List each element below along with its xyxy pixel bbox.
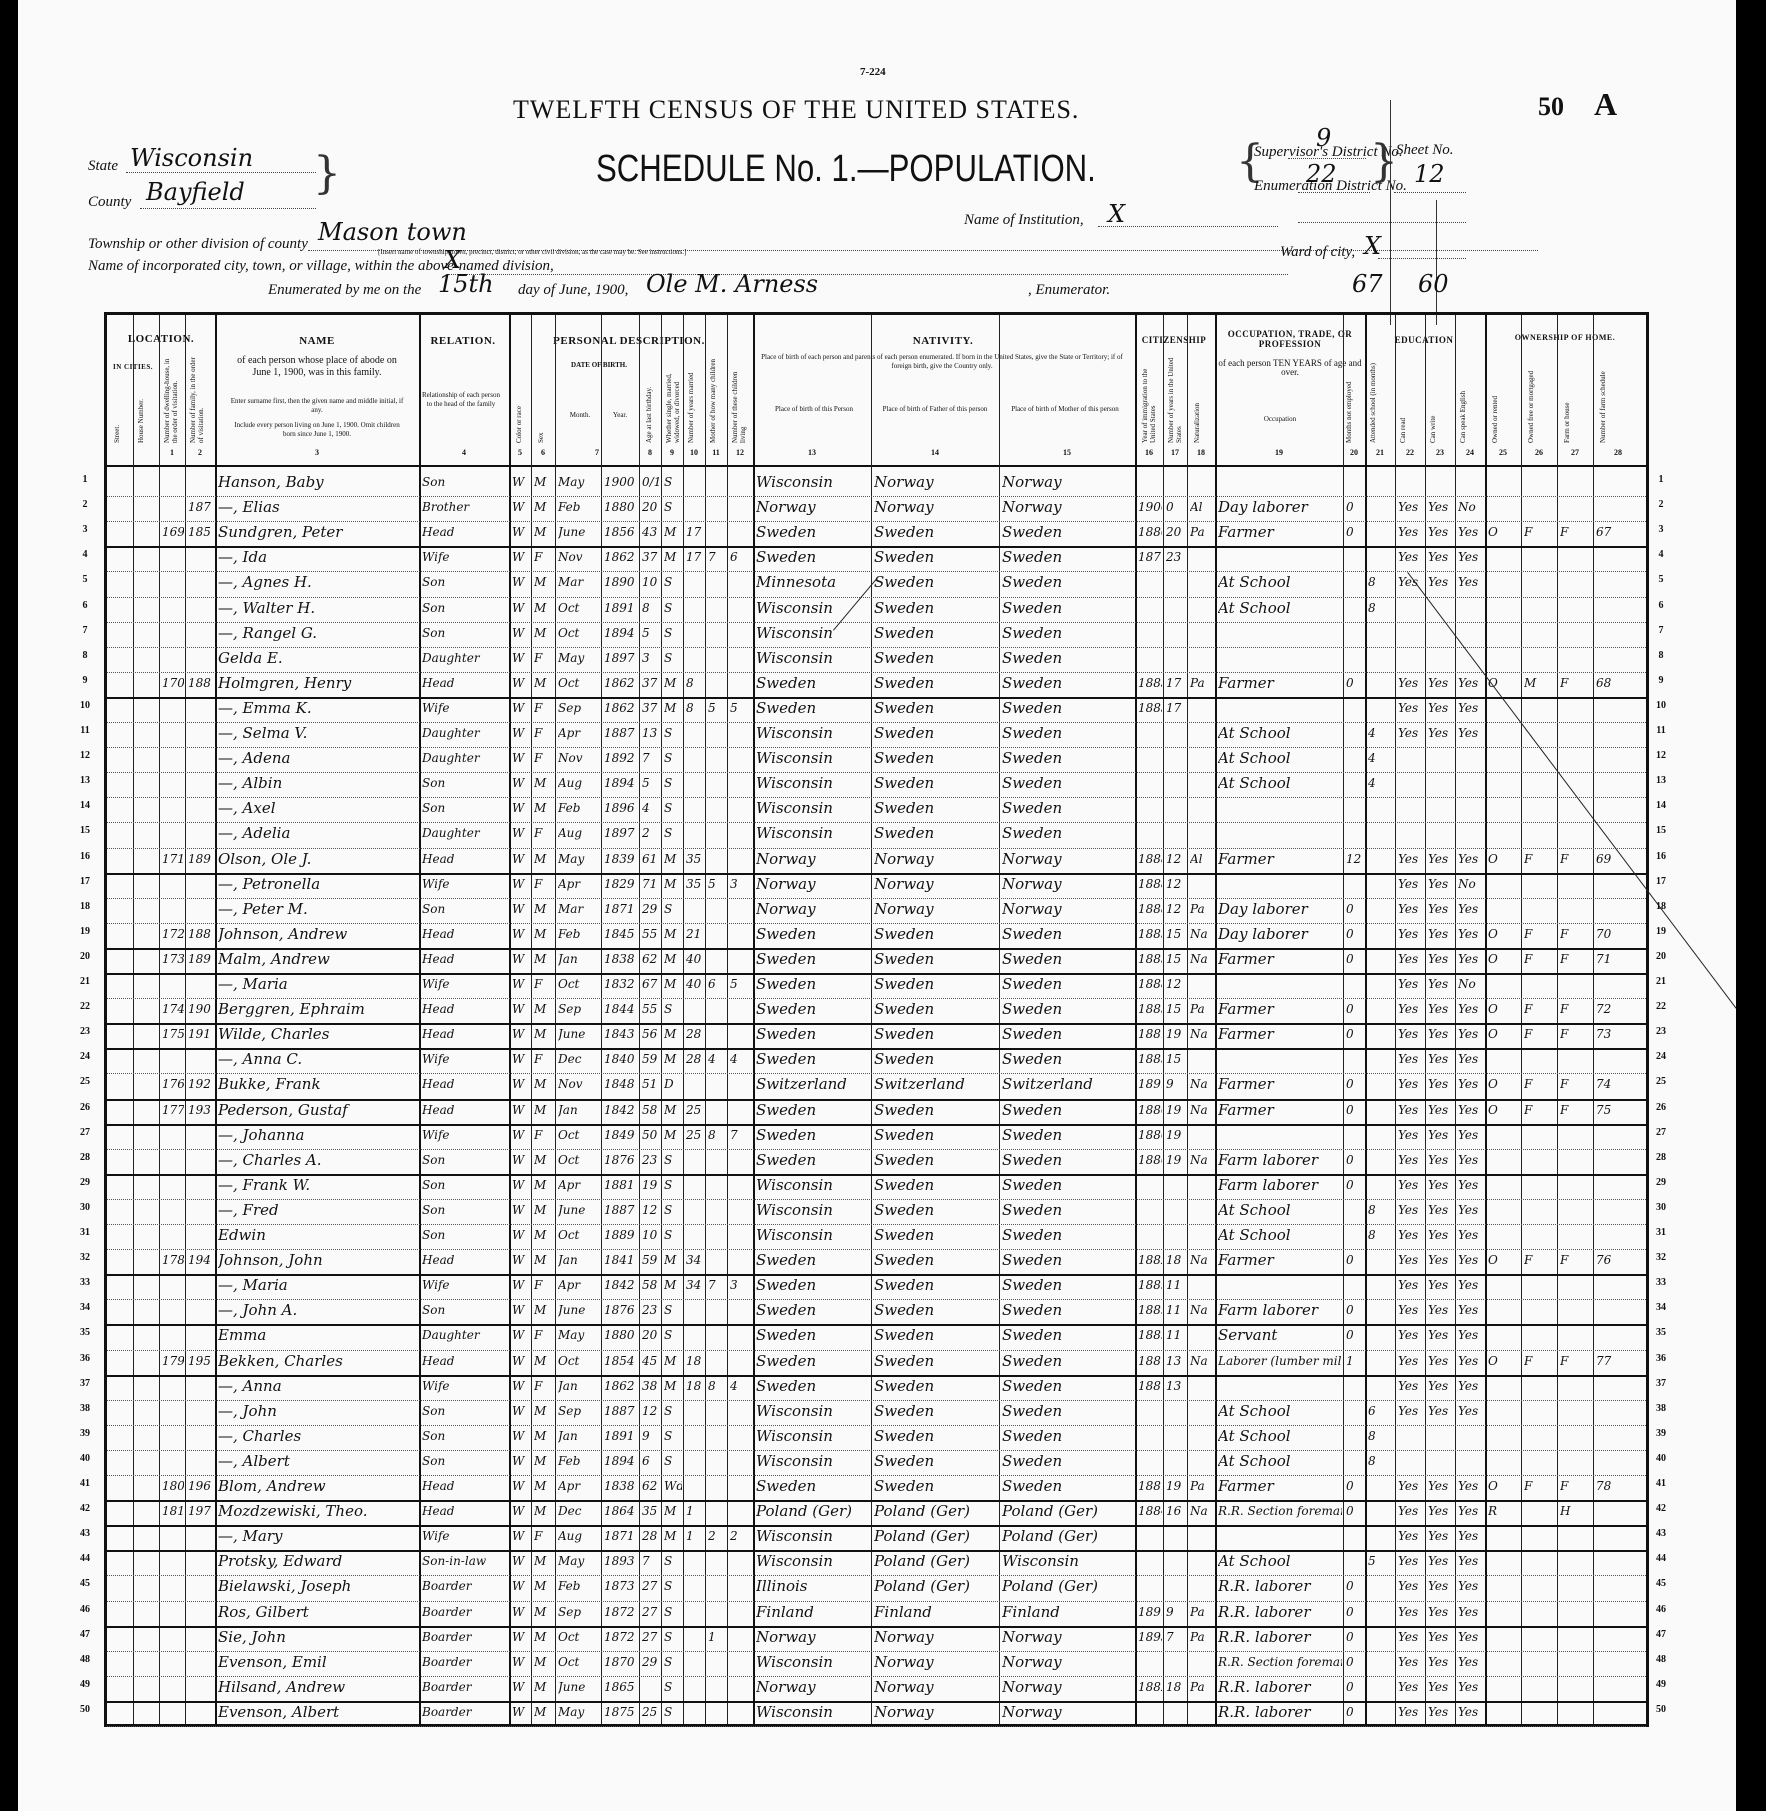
cell-read: Yes — [1398, 1573, 1424, 1599]
cell-cl: 5 — [730, 695, 752, 721]
cell-month: Apr — [558, 720, 600, 746]
line-number: 47 — [1650, 1629, 1672, 1640]
header-name-desc: of each person whose place of abode on J… — [227, 355, 407, 379]
cell-imm: 1882 — [1138, 1674, 1162, 1700]
cell-write: Yes — [1428, 1699, 1454, 1725]
cell-sch: 4 — [1368, 745, 1394, 771]
cell-year: 1854 — [604, 1348, 638, 1374]
cell-yus: 17 — [1166, 670, 1186, 696]
cell-name: Johnson, Andrew — [218, 921, 418, 947]
cell-nat: Pa — [1190, 1599, 1214, 1625]
cell-mar: S — [664, 1624, 682, 1650]
cell-pobm: Sweden — [1002, 971, 1134, 997]
column-number: 28 — [1593, 448, 1643, 457]
cell-occ: Farm laborer — [1218, 1172, 1342, 1198]
header-sex: Sex — [537, 375, 545, 443]
line-number: 15 — [1650, 825, 1672, 836]
cell-eng: Yes — [1458, 1398, 1484, 1424]
cell-month: Sep — [558, 1398, 600, 1424]
cell-month: Sep — [558, 1599, 600, 1625]
cell-fam: 194 — [188, 1247, 214, 1273]
cell-sex: M — [534, 1548, 554, 1574]
cell-own: O — [1488, 846, 1520, 872]
cell-month: May — [558, 1548, 600, 1574]
header-pob-mother: Place of birth of Mother of this person — [1003, 405, 1127, 414]
cell-occ: At School — [1218, 720, 1342, 746]
cell-mar: M — [664, 695, 682, 721]
cell-mar: S — [664, 595, 682, 621]
cell-year: 1840 — [604, 1046, 638, 1072]
cell-mar: M — [664, 1348, 682, 1374]
cell-rel: Son — [422, 1423, 508, 1449]
cell-pobf: Sweden — [874, 1021, 998, 1047]
cell-month: Nov — [558, 1071, 600, 1097]
cell-unemp: 0 — [1346, 1147, 1364, 1173]
cell-write: Yes — [1428, 1649, 1454, 1675]
column-rule — [1557, 315, 1558, 1724]
cell-color: W — [512, 670, 530, 696]
cell-name: —, Adena — [218, 745, 418, 771]
cell-ym: 34 — [686, 1272, 704, 1298]
cell-pob: Wisconsin — [756, 620, 870, 646]
cell-month: Oct — [558, 971, 600, 997]
cell-sex: M — [534, 1197, 554, 1223]
cell-read: Yes — [1398, 1624, 1424, 1650]
cell-pob: Sweden — [756, 1297, 870, 1323]
cell-rel: Wife — [422, 695, 508, 721]
cell-name: —, Albert — [218, 1448, 418, 1474]
cell-fh: F — [1560, 1473, 1592, 1499]
cell-read: Yes — [1398, 1197, 1424, 1223]
cell-name: Malm, Andrew — [218, 946, 418, 972]
cell-yus: 23 — [1166, 544, 1186, 570]
cell-pobm: Sweden — [1002, 695, 1134, 721]
cell-pobm: Norway — [1002, 469, 1134, 495]
cell-yus: 13 — [1166, 1373, 1186, 1399]
cell-write: Yes — [1428, 996, 1454, 1022]
cell-age: 50 — [642, 1122, 660, 1148]
cell-pobm: Sweden — [1002, 795, 1134, 821]
cell-yus: 11 — [1166, 1297, 1186, 1323]
cell-read: Yes — [1398, 946, 1424, 972]
cell-rel: Son — [422, 1172, 508, 1198]
cell-sch: 8 — [1368, 1448, 1394, 1474]
cell-age: 45 — [642, 1348, 660, 1374]
cell-ym: 28 — [686, 1021, 704, 1047]
cell-month: Mar — [558, 569, 600, 595]
cell-eng: Yes — [1458, 1348, 1484, 1374]
header-can-speak-english: Can speak English — [1459, 355, 1467, 443]
cell-nat: Pa — [1190, 1473, 1214, 1499]
cell-year: 1844 — [604, 996, 638, 1022]
line-number: 39 — [74, 1428, 96, 1439]
institution-label: Name of Institution, — [964, 212, 1084, 229]
cell-yus: 19 — [1166, 1021, 1186, 1047]
cell-unemp: 0 — [1346, 1624, 1364, 1650]
cell-month: June — [558, 1297, 600, 1323]
cell-age: 19 — [642, 1172, 660, 1198]
cell-year: 1894 — [604, 770, 638, 796]
cell-fam: 189 — [188, 846, 214, 872]
cell-rel: Head — [422, 921, 508, 947]
cell-pob: Wisconsin — [756, 1548, 870, 1574]
cell-unemp: 0 — [1346, 896, 1364, 922]
line-number: 3 — [74, 524, 96, 535]
cell-dw: 172 — [162, 921, 184, 947]
column-rule — [185, 315, 186, 1724]
cell-read: Yes — [1398, 1247, 1424, 1273]
cell-pob: Switzerland — [756, 1071, 870, 1097]
cell-unemp: 0 — [1346, 1297, 1364, 1323]
cell-month: Oct — [558, 595, 600, 621]
cell-write: Yes — [1428, 569, 1454, 595]
cell-read: Yes — [1398, 1473, 1424, 1499]
cell-name: —, Ida — [218, 544, 418, 570]
cell-nat: Na — [1190, 1097, 1214, 1123]
cell-year: 1871 — [604, 1523, 638, 1549]
cell-imm: 1880 — [1138, 1147, 1162, 1173]
cell-sex: M — [534, 1071, 554, 1097]
column-rule — [753, 315, 755, 1724]
cell-eng: Yes — [1458, 1624, 1484, 1650]
cell-write: Yes — [1428, 1222, 1454, 1248]
line-number: 38 — [1650, 1403, 1672, 1414]
line-number: 49 — [1650, 1679, 1672, 1690]
cell-month: Jan — [558, 946, 600, 972]
cell-cl: 4 — [730, 1373, 752, 1399]
cell-sex: M — [534, 1674, 554, 1700]
header-naturalization: Naturalization — [1193, 355, 1201, 443]
cell-pob: Wisconsin — [756, 1172, 870, 1198]
cell-sex: M — [534, 1147, 554, 1173]
cell-pob: Wisconsin — [756, 1448, 870, 1474]
cell-occ: At School — [1218, 1548, 1342, 1574]
cell-pob: Wisconsin — [756, 795, 870, 821]
line-number: 23 — [74, 1026, 96, 1037]
cell-pob: Sweden — [756, 996, 870, 1022]
cell-occ: R.R. laborer — [1218, 1699, 1342, 1725]
cell-mar: M — [664, 670, 682, 696]
cell-year: 1842 — [604, 1097, 638, 1123]
cell-pobm: Wisconsin — [1002, 1548, 1134, 1574]
cell-pobm: Sweden — [1002, 720, 1134, 746]
cell-ym: 18 — [686, 1373, 704, 1399]
cell-yus: 9 — [1166, 1071, 1186, 1097]
cell-year: 1848 — [604, 1071, 638, 1097]
margin-number-1: 67 — [1352, 270, 1383, 298]
line-number: 3 — [1650, 524, 1672, 535]
cell-mc: 8 — [708, 1122, 726, 1148]
cell-dw: 170 — [162, 670, 184, 696]
cell-name: Wilde, Charles — [218, 1021, 418, 1047]
cell-yus: 11 — [1166, 1272, 1186, 1298]
cell-month: June — [558, 1197, 600, 1223]
column-rule — [727, 315, 728, 1724]
cell-mar: S — [664, 1423, 682, 1449]
cell-cl: 3 — [730, 871, 752, 897]
cell-year: 1838 — [604, 1473, 638, 1499]
column-number: 11 — [705, 448, 727, 457]
line-number: 30 — [1650, 1202, 1672, 1213]
cell-pob: Norway — [756, 896, 870, 922]
line-number: 13 — [74, 775, 96, 786]
cell-age: 59 — [642, 1046, 660, 1072]
cell-color: W — [512, 846, 530, 872]
cell-eng: Yes — [1458, 1498, 1484, 1524]
cell-age: 23 — [642, 1297, 660, 1323]
cell-rel: Son — [422, 896, 508, 922]
cell-rel: Head — [422, 670, 508, 696]
cell-write: Yes — [1428, 896, 1454, 922]
cell-write: Yes — [1428, 695, 1454, 721]
cell-own: O — [1488, 946, 1520, 972]
cell-sex: F — [534, 871, 554, 897]
cell-farm: 72 — [1596, 996, 1642, 1022]
cell-write: Yes — [1428, 1097, 1454, 1123]
cell-mar: S — [664, 1398, 682, 1424]
cell-fam: 191 — [188, 1021, 214, 1047]
column-number: 7 — [555, 448, 639, 457]
cell-write: Yes — [1428, 1147, 1454, 1173]
cell-own: O — [1488, 1247, 1520, 1273]
cell-yus: 15 — [1166, 996, 1186, 1022]
column-number: 24 — [1455, 448, 1485, 457]
cell-pobf: Sweden — [874, 1197, 998, 1223]
line-number: 43 — [74, 1528, 96, 1539]
enumerated-day: 15th — [438, 270, 494, 298]
cell-month: May — [558, 1699, 600, 1725]
cell-year: 1896 — [604, 795, 638, 821]
cell-rel: Head — [422, 1021, 508, 1047]
column-number: 6 — [531, 448, 555, 457]
cell-ym: 21 — [686, 921, 704, 947]
cell-color: W — [512, 1573, 530, 1599]
cell-sex: M — [534, 494, 554, 520]
cell-color: W — [512, 1448, 530, 1474]
county-value: Bayfield — [146, 178, 245, 206]
cell-fam: 195 — [188, 1348, 214, 1374]
cell-rel: Head — [422, 519, 508, 545]
cell-rel: Wife — [422, 871, 508, 897]
cell-age: 37 — [642, 695, 660, 721]
cell-fam: 185 — [188, 519, 214, 545]
cell-name: Hilsand, Andrew — [218, 1674, 418, 1700]
ward-label: Ward of city, — [1280, 244, 1355, 261]
cell-eng: Yes — [1458, 1097, 1484, 1123]
cell-dw: 179 — [162, 1348, 184, 1374]
cell-sch: 8 — [1368, 1423, 1394, 1449]
cell-year: 1894 — [604, 620, 638, 646]
cell-imm: 1893 — [1138, 1624, 1162, 1650]
cell-pobf: Sweden — [874, 1373, 998, 1399]
line-number: 46 — [74, 1604, 96, 1615]
cell-color: W — [512, 720, 530, 746]
line-number: 6 — [1650, 600, 1672, 611]
cell-pobf: Norway — [874, 896, 998, 922]
column-rule — [1395, 315, 1396, 1724]
cell-sex: F — [534, 1272, 554, 1298]
cell-ym: 40 — [686, 946, 704, 972]
cell-mc: 5 — [708, 695, 726, 721]
cell-month: May — [558, 469, 600, 495]
line-number: 4 — [1650, 549, 1672, 560]
cell-pobm: Norway — [1002, 1624, 1134, 1650]
cell-age: 8 — [642, 595, 660, 621]
cell-year: 1842 — [604, 1272, 638, 1298]
column-rule — [159, 315, 160, 1724]
cell-age: 13 — [642, 720, 660, 746]
cell-color: W — [512, 1498, 530, 1524]
cell-mar: M — [664, 921, 682, 947]
line-number: 29 — [1650, 1177, 1672, 1188]
cell-pobf: Sweden — [874, 971, 998, 997]
cell-mar: M — [664, 1498, 682, 1524]
cell-pobf: Norway — [874, 1649, 998, 1675]
cell-pobf: Sweden — [874, 695, 998, 721]
cell-year: 1889 — [604, 1222, 638, 1248]
cell-imm: 1887 — [1138, 1348, 1162, 1374]
cell-fh: F — [1560, 946, 1592, 972]
cell-age: 27 — [642, 1624, 660, 1650]
cell-name: —, Frank W. — [218, 1172, 418, 1198]
cell-read: Yes — [1398, 971, 1424, 997]
cell-year: 1875 — [604, 1699, 638, 1725]
header-farm-schedule: Number of farm schedule — [1599, 355, 1607, 443]
cell-sex: M — [534, 469, 554, 495]
cell-year: 1897 — [604, 645, 638, 671]
cell-own: O — [1488, 1071, 1520, 1097]
column-number: 12 — [727, 448, 753, 457]
cell-month: Oct — [558, 670, 600, 696]
cell-occ: Farm laborer — [1218, 1297, 1342, 1323]
cell-rel: Daughter — [422, 720, 508, 746]
scan-border-right — [1736, 0, 1766, 1811]
line-number: 46 — [1650, 1604, 1672, 1615]
cell-fm: F — [1524, 921, 1556, 947]
line-number: 20 — [1650, 951, 1672, 962]
cell-fh: H — [1560, 1498, 1592, 1524]
cell-month: Sep — [558, 695, 600, 721]
cell-read: Yes — [1398, 494, 1424, 520]
column-rule — [871, 315, 872, 1724]
cell-name: —, Petronella — [218, 871, 418, 897]
line-number: 5 — [74, 574, 96, 585]
line-number: 14 — [1650, 800, 1672, 811]
cell-color: W — [512, 1097, 530, 1123]
cell-ym: 25 — [686, 1097, 704, 1123]
cell-name: —, Selma V. — [218, 720, 418, 746]
cell-imm: 1881 — [1138, 1021, 1162, 1047]
cell-ym: 8 — [686, 695, 704, 721]
cell-unemp: 0 — [1346, 946, 1364, 972]
header-years-in-us: Number of years in the United States — [1167, 355, 1183, 443]
cell-age: 3 — [642, 645, 660, 671]
cell-pobm: Sweden — [1002, 921, 1134, 947]
cell-sex: M — [534, 1498, 554, 1524]
cell-unemp: 0 — [1346, 1097, 1364, 1123]
cell-rel: Boarder — [422, 1624, 508, 1650]
cell-yus: 15 — [1166, 1046, 1186, 1072]
cell-pobm: Sweden — [1002, 1322, 1134, 1348]
cell-pobm: Finland — [1002, 1599, 1134, 1625]
line-number: 9 — [74, 675, 96, 686]
cell-color: W — [512, 1172, 530, 1198]
cell-ym: 35 — [686, 846, 704, 872]
line-number: 41 — [74, 1478, 96, 1489]
header-name: NAME — [217, 335, 417, 347]
cell-age: 67 — [642, 971, 660, 997]
cell-pobm: Sweden — [1002, 1021, 1134, 1047]
cell-write: Yes — [1428, 670, 1454, 696]
cell-year: 1890 — [604, 569, 638, 595]
cell-cl: 4 — [730, 1046, 752, 1072]
cell-pobf: Poland (Ger) — [874, 1523, 998, 1549]
cell-year: 1872 — [604, 1624, 638, 1650]
cell-age: 62 — [642, 1473, 660, 1499]
header-relation: RELATION. — [419, 335, 507, 347]
cell-pobm: Norway — [1002, 1649, 1134, 1675]
cell-name: —, Peter M. — [218, 896, 418, 922]
enumerated-prefix: Enumerated by me on the — [268, 282, 421, 299]
cell-read: Yes — [1398, 1699, 1424, 1725]
cell-pobm: Norway — [1002, 1674, 1134, 1700]
line-number: 11 — [74, 725, 96, 736]
cell-yus: 0 — [1166, 494, 1186, 520]
cell-age: 5 — [642, 620, 660, 646]
cell-pobm: Sweden — [1002, 1473, 1134, 1499]
cell-pob: Norway — [756, 871, 870, 897]
cell-eng: Yes — [1458, 1122, 1484, 1148]
cell-pobf: Norway — [874, 846, 998, 872]
cell-read: Yes — [1398, 519, 1424, 545]
cell-eng: Yes — [1458, 544, 1484, 570]
cell-unemp: 0 — [1346, 1247, 1364, 1273]
cell-eng: Yes — [1458, 1674, 1484, 1700]
column-rule — [1365, 315, 1367, 1724]
cell-dw: 173 — [162, 946, 184, 972]
cell-farm: 74 — [1596, 1071, 1642, 1097]
line-number: 10 — [74, 700, 96, 711]
cell-month: Oct — [558, 1222, 600, 1248]
cell-pobf: Sweden — [874, 996, 998, 1022]
cell-fh: F — [1560, 996, 1592, 1022]
cell-pob: Sweden — [756, 670, 870, 696]
cell-occ: At School — [1218, 1423, 1342, 1449]
cell-imm: 1887 — [1138, 1373, 1162, 1399]
cell-pobm: Sweden — [1002, 1147, 1134, 1173]
cell-write: Yes — [1428, 1071, 1454, 1097]
cell-mar: S — [664, 620, 682, 646]
cell-color: W — [512, 921, 530, 947]
cell-month: May — [558, 1322, 600, 1348]
header-month: Month. — [559, 411, 601, 420]
cell-name: —, Adelia — [218, 820, 418, 846]
cell-month: Apr — [558, 871, 600, 897]
cell-nat: Na — [1190, 1071, 1214, 1097]
cell-age: 5 — [642, 770, 660, 796]
cell-rel: Son — [422, 1297, 508, 1323]
cell-pobf: Sweden — [874, 1172, 998, 1198]
cell-yus: 17 — [1166, 695, 1186, 721]
column-number: 3 — [215, 448, 419, 457]
cell-name: —, Walter H. — [218, 595, 418, 621]
cell-pobf: Sweden — [874, 820, 998, 846]
cell-color: W — [512, 896, 530, 922]
line-number: 33 — [1650, 1277, 1672, 1288]
cell-dw: 181 — [162, 1498, 184, 1524]
line-number: 37 — [1650, 1378, 1672, 1389]
cell-name: —, Agnes H. — [218, 569, 418, 595]
